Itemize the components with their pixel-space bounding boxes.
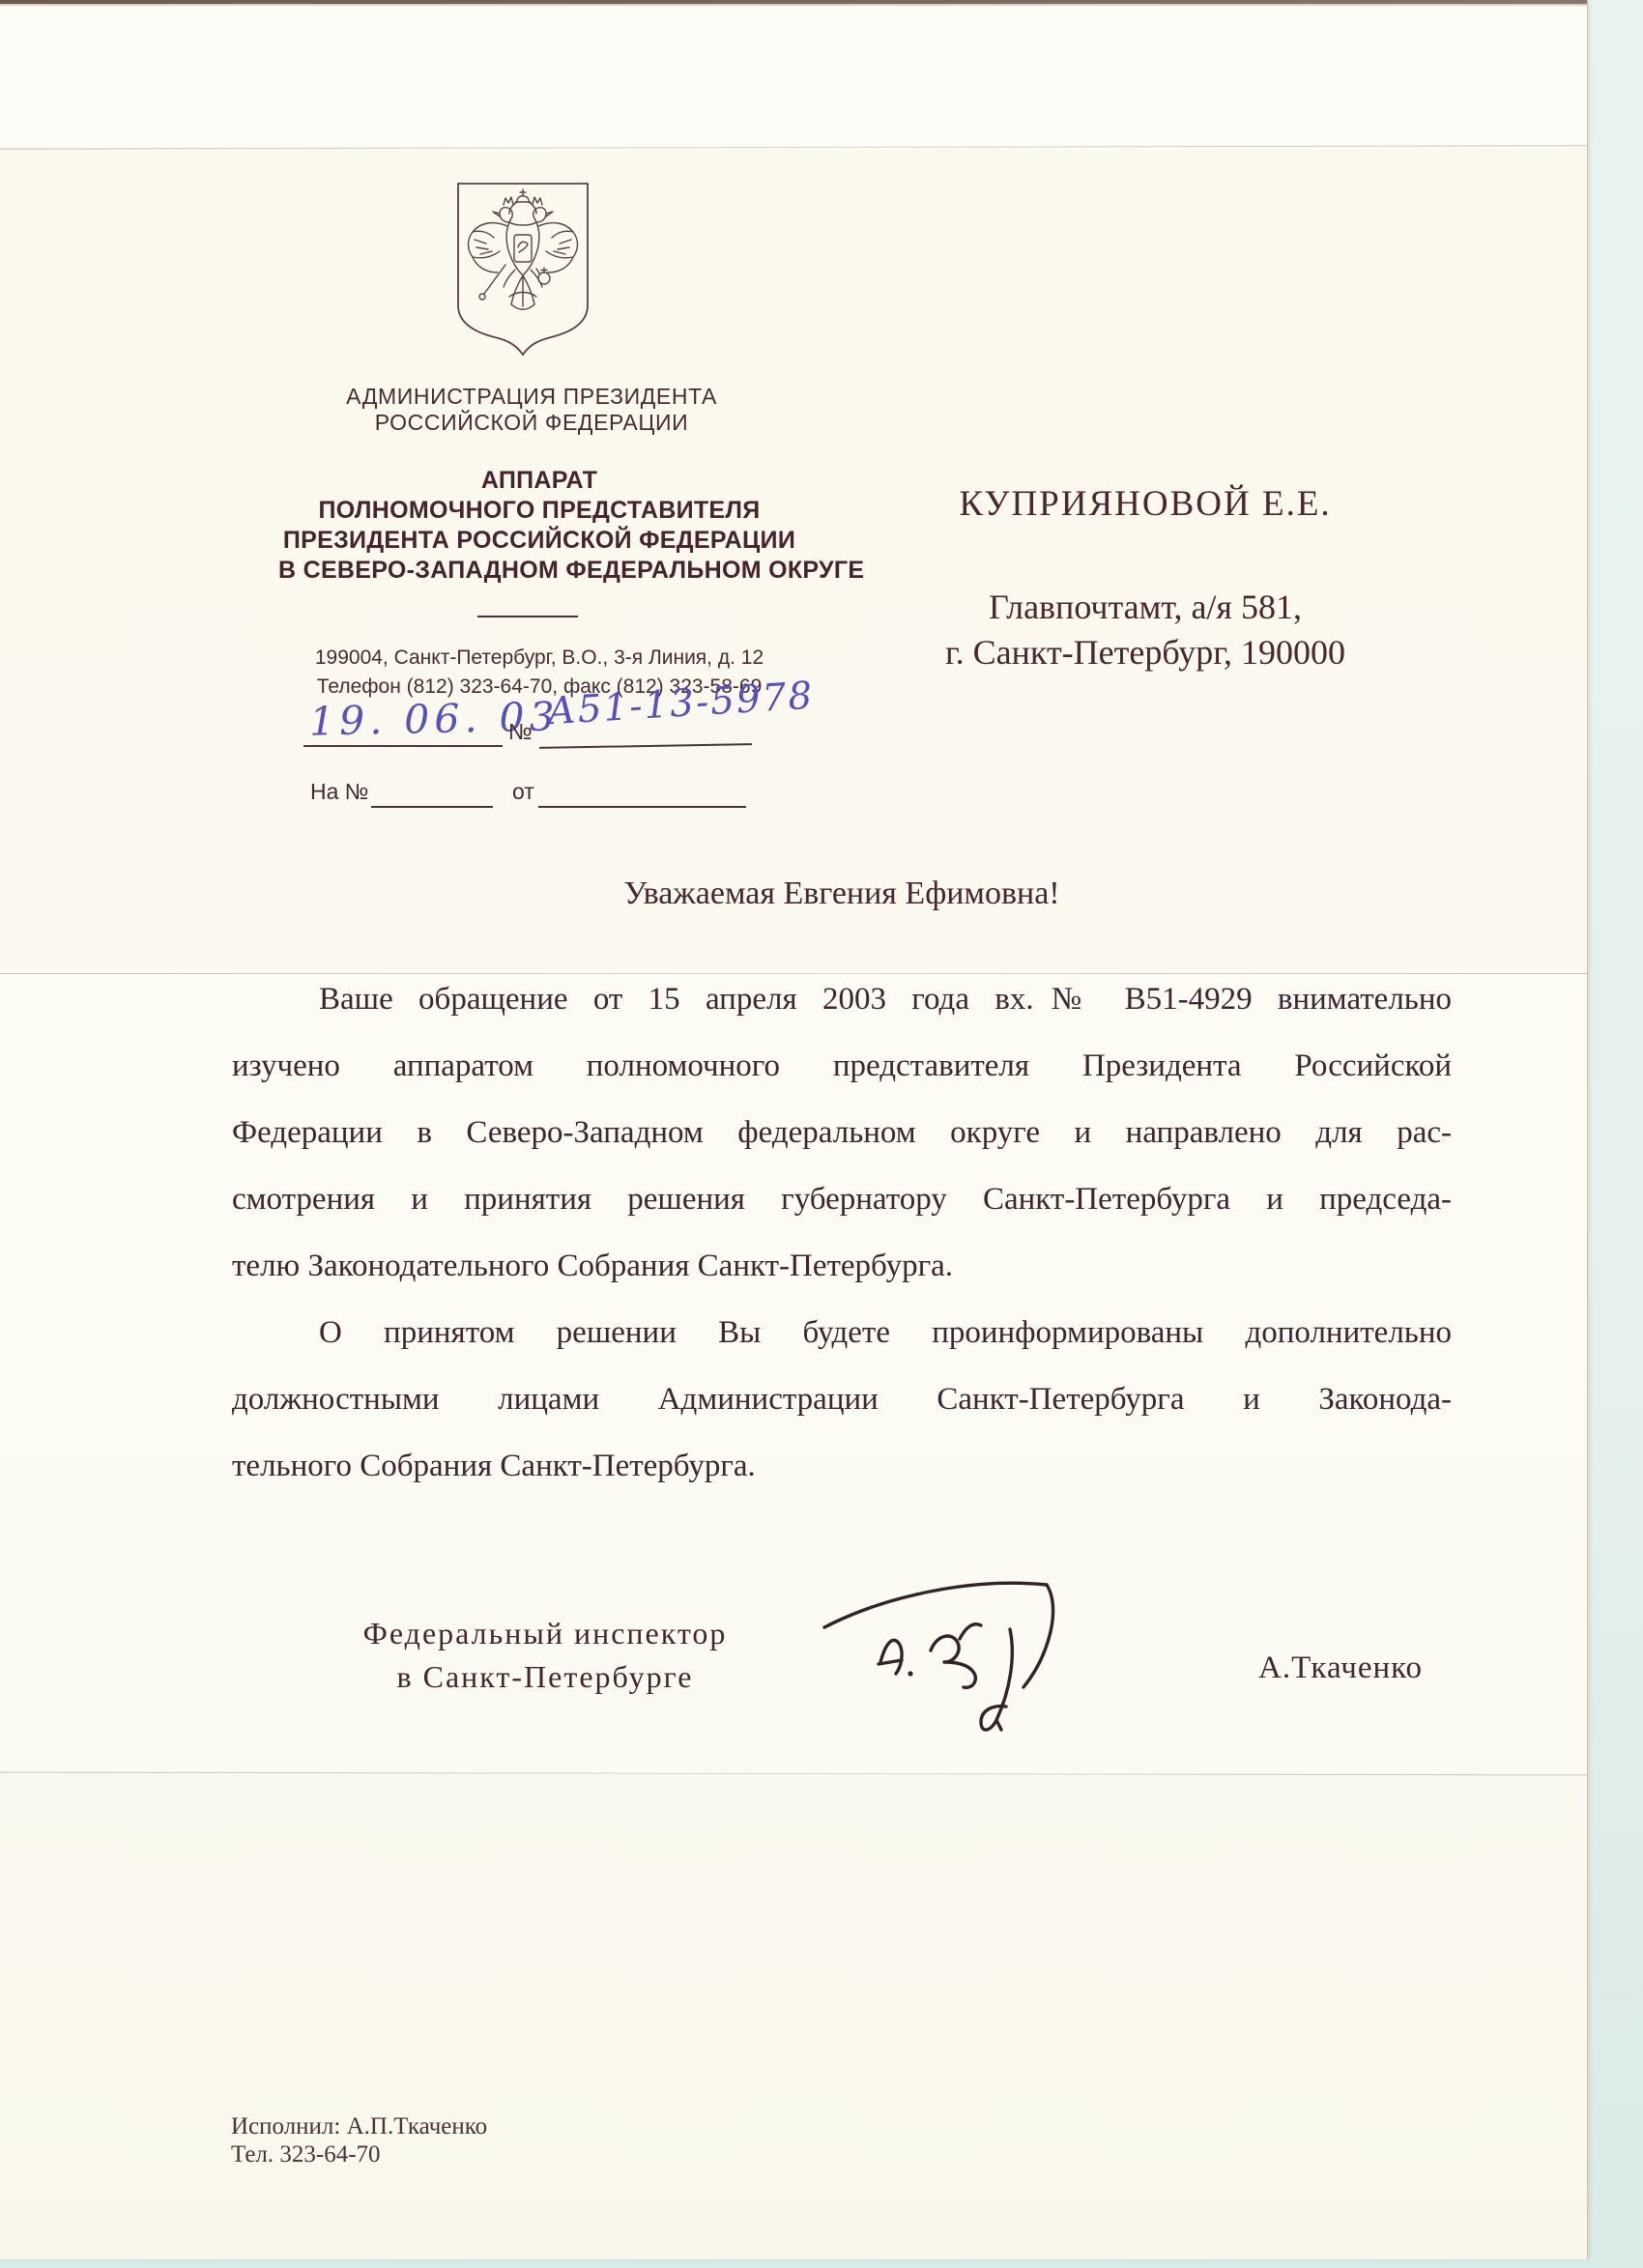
org-name-line: АДМИНИСТРАЦИЯ ПРЕЗИДЕНТА [309,384,754,410]
reply-number-label: На № [310,779,368,805]
reply-number-underline [371,806,493,808]
recipient-block: КУПРИЯНОВОЙ Е.Е. Главпочтамт, а/я 581, г… [899,483,1392,675]
body-line: должностными лицами Администрации Санкт-… [232,1366,1452,1433]
recipient-address-line: Главпочтамт, а/я 581, [899,585,1392,630]
recipient-address: Главпочтамт, а/я 581, г. Санкт-Петербург… [899,585,1392,675]
letterhead-address-line: 199004, Санкт-Петербург, В.О., 3-я Линия… [278,644,800,673]
recipient-address-line: г. Санкт-Петербург, 190000 [899,630,1392,675]
org-name-block: АДМИНИСТРАЦИЯ ПРЕЗИДЕНТА РОССИЙСКОЙ ФЕДЕ… [309,384,754,436]
reply-from-label: от [512,779,534,805]
footer-phone: Тел. 323-64-70 [231,2140,487,2168]
footer-block: Исполнил: А.П.Ткаченко Тел. 323-64-70 [231,2112,487,2168]
fold-crease-top [0,145,1587,149]
department-line: ПРЕЗИДЕНТА РОССИЙСКОЙ ФЕДЕРАЦИИ [278,526,800,556]
department-line: ПОЛНОМОЧНОГО ПРЕДСТАВИТЕЛЯ [278,496,800,526]
body-line: телю Законодательного Собрания Санкт-Пет… [232,1233,1452,1300]
signature-icon [817,1567,1097,1751]
paper-sheet: АДМИНИСТРАЦИЯ ПРЕЗИДЕНТА РОССИЙСКОЙ ФЕДЕ… [0,0,1588,2259]
signer-title-line: Федеральный инспектор [340,1612,750,1655]
date-underline [303,745,503,747]
letter-body: Ваше обращение от 15 апреля 2003 года вх… [232,966,1452,1500]
fold-crease-bottom [0,1772,1587,1776]
letterhead-divider [477,616,578,617]
recipient-name: КУПРИЯНОВОЙ Е.Е. [899,483,1392,525]
org-name-line: РОССИЙСКОЙ ФЕДЕРАЦИИ [309,410,754,436]
body-line: смотрения и принятия решения губернатору… [232,1166,1452,1233]
body-line: изучено аппаратом полномочного представи… [232,1033,1452,1100]
salutation: Уважаемая Евгения Ефимовна! [232,876,1452,912]
body-line: Ваше обращение от 15 апреля 2003 года вх… [232,966,1452,1033]
body-line: Федерации в Северо-Западном федеральном … [232,1100,1452,1166]
department-line: АППАРАТ [278,466,800,496]
department-line: В СЕВЕРО-ЗАПАДНОМ ФЕДЕРАЛЬНОМ ОКРУГЕ [278,556,800,586]
body-line: О принятом решении Вы будете проинформир… [232,1300,1452,1366]
number-underline [539,743,752,749]
footer-executor: Исполнил: А.П.Ткаченко [231,2112,487,2140]
signer-name: А.Ткаченко [1258,1651,1423,1686]
number-sign-label: № [508,719,533,745]
department-block: АППАРАТ ПОЛНОМОЧНОГО ПРЕДСТАВИТЕЛЯ ПРЕЗИ… [278,466,800,586]
signer-title: Федеральный инспектор в Санкт-Петербурге [340,1612,750,1699]
scan-top-edge [0,0,1587,6]
scanned-letter: АДМИНИСТРАЦИЯ ПРЕЗИДЕНТА РОССИЙСКОЙ ФЕДЕ… [0,0,1643,2268]
signer-title-line: в Санкт-Петербурге [340,1655,750,1699]
reply-from-underline [538,806,746,808]
body-line: тельного Собрания Санкт-Петербурга. [232,1433,1452,1500]
coat-of-arms-icon [453,180,592,365]
